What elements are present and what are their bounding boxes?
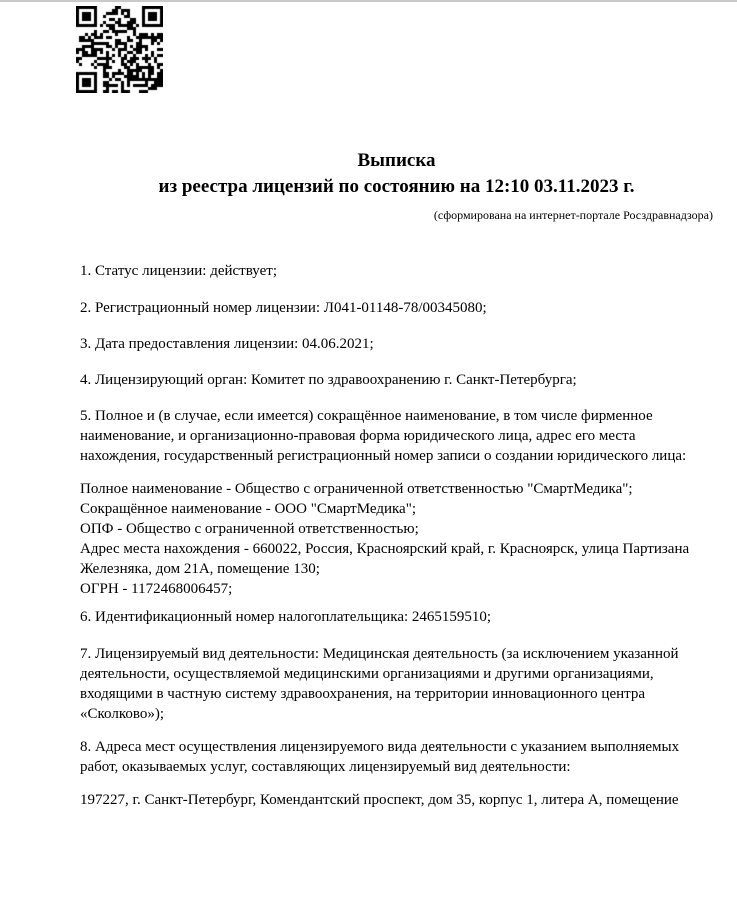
title-line-1: Выписка xyxy=(358,150,436,171)
document-title: Выписка из реестра лицензий по состоянию… xyxy=(80,148,713,200)
paragraph-licensing-authority: 4. Лицензирующий орган: Комитет по здрав… xyxy=(80,370,736,390)
document-page: Выписка из реестра лицензий по состоянию… xyxy=(0,0,737,922)
paragraph-addresses-intro: 8. Адреса мест осуществления лицензируем… xyxy=(80,737,736,777)
paragraph-registration-number: 2. Регистрационный номер лицензии: Л041-… xyxy=(80,298,736,318)
paragraph-license-status: 1. Статус лицензии: действует; xyxy=(80,261,736,281)
paragraph-activity-type: 7. Лицензируемый вид деятельности: Медиц… xyxy=(80,644,736,724)
paragraph-grant-date: 3. Дата предоставления лицензии: 04.06.2… xyxy=(80,334,736,354)
document-subtitle: (сформирована на интернет-портале Росздр… xyxy=(80,207,713,223)
paragraph-address-line: 197227, г. Санкт-Петербург, Комендантски… xyxy=(80,790,736,810)
paragraph-taxpayer-number: 6. Идентификационный номер налогоплатель… xyxy=(80,607,736,627)
paragraph-entity-details: Полное наименование - Общество с огранич… xyxy=(80,479,736,599)
title-line-2: из реестра лицензий по состоянию на 12:1… xyxy=(159,176,635,197)
document-content: Выписка из реестра лицензий по состоянию… xyxy=(80,0,713,922)
paragraph-entity-intro: 5. Полное и (в случае, если имеется) сок… xyxy=(80,406,736,466)
